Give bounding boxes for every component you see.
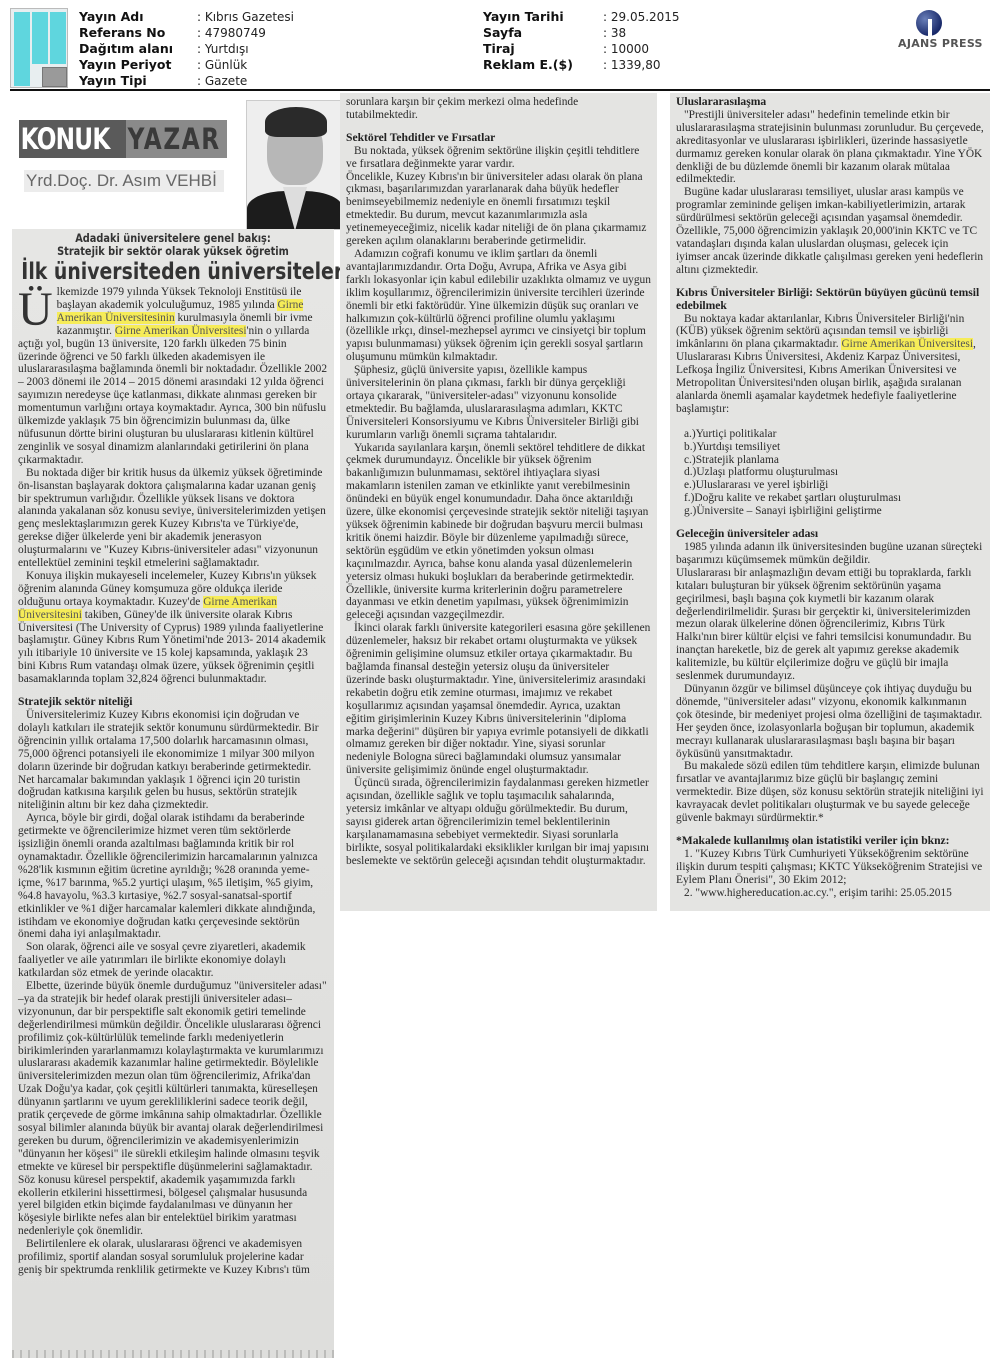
meta-value: : Günlük	[197, 57, 247, 73]
meta-row-yayin-adi: Yayın Adı: Kıbrıs Gazetesi	[79, 9, 294, 25]
list-item: d.)Uzlaşı platformu oluşturulması	[676, 466, 984, 479]
thumbnail-image-icon	[42, 67, 67, 87]
list-item: f.)Doğru kalite ve rekabet şartları oluş…	[676, 492, 984, 505]
ajans-press-logo: AJANS PRESS	[893, 8, 993, 50]
highlighted-term: Girne Amerikan Üniversitesi	[115, 325, 247, 337]
paragraph: sorunlara karşın bir çekim merkezi olma …	[346, 96, 651, 122]
paragraph: Adamızın coğrafi konumu ve iklim şartlar…	[346, 248, 651, 364]
meta-key: Sayfa	[483, 25, 603, 41]
meta-value: : 29.05.2015	[603, 9, 680, 25]
paragraph-intro: Ülkemizde 1979 yılında Yüksek Teknoloji …	[18, 286, 328, 467]
thumbnail-column	[14, 12, 30, 86]
konuk-yazar-banner: KONUK YAZAR	[19, 120, 227, 158]
meta-row-reklam: Reklam E.($): 1339,80	[483, 57, 680, 73]
article-column-2: sorunlara karşın bir çekim merkezi olma …	[340, 93, 657, 911]
meta-value: : Gazete	[197, 73, 247, 89]
drop-cap: Ü	[18, 290, 53, 330]
meta-key: Yayın Tarihi	[483, 9, 603, 25]
thumbnail-column	[50, 12, 66, 64]
section-heading: Sektörel Tehditler ve Fırsatlar	[346, 132, 651, 145]
references-heading: *Makalede kullanılmış olan istatistiki v…	[676, 835, 984, 848]
banner-yazar-box: YAZAR	[126, 120, 227, 158]
paragraph: Yukarıda sayılanlara karşın, önemli sekt…	[346, 442, 651, 623]
paragraph: Konuya ilişkin mukayeseli incelemeler, K…	[18, 570, 328, 686]
page-thumbnail[interactable]	[10, 8, 68, 88]
logo-text: AJANS PRESS	[898, 37, 983, 50]
list-item: a.)Yurtiçi politikalar	[676, 428, 984, 441]
paragraph: Belirtilenlere ek olarak, uluslararası ö…	[18, 1238, 328, 1277]
author-block: KONUK YAZAR Yrd.Doç. Dr. Asım VEHBİ	[12, 97, 334, 229]
meta-key: Yayın Periyot	[79, 57, 197, 73]
highlighted-term: Girne Amerikan Üniversitesi	[841, 338, 973, 350]
paragraph: Şüphesiz, güçlü üniversite yapısı, özell…	[346, 364, 651, 441]
publication-meta-right: Yayın Tarihi: 29.05.2015 Sayfa: 38 Tiraj…	[483, 9, 680, 73]
paragraph: Ayrıca, böyle bir girdi, doğal olarak is…	[18, 812, 328, 941]
paragraph: Bugüne kadar uluslararası temsiliyet, ul…	[676, 186, 984, 276]
header-divider	[10, 89, 990, 91]
paragraph: 1985 yılında adanın ilk üniversitesinden…	[676, 541, 984, 567]
globe-icon	[916, 10, 942, 36]
article-title: İlk üniversiteden üniversiteler adasına	[21, 258, 324, 286]
meta-row-sayfa: Sayfa: 38	[483, 25, 680, 41]
paragraph: Bu noktada, yüksek öğrenim sektörüne ili…	[346, 145, 651, 171]
meta-row-dagitim-alani: Dağıtım alanı: Yurtdışı	[79, 41, 294, 57]
author-name: Yrd.Doç. Dr. Asım VEHBİ	[24, 170, 224, 192]
meta-row-yayin-tipi: Yayın Tipi: Gazete	[79, 73, 294, 89]
article-column-1: Adadaki üniversitelere genel bakış: Stra…	[12, 229, 334, 1358]
article-column-3: Uluslararasılaşma "Prestijli üniversitel…	[670, 93, 990, 911]
paragraph: Bu noktada diğer bir kritik husus da ülk…	[18, 467, 328, 570]
clipping-header: Yayın Adı: Kıbrıs Gazetesi Referans No: …	[0, 0, 1000, 92]
paragraph: Üniversitelerimiz Kuzey Kıbrıs ekonomisi…	[18, 709, 328, 812]
reference-item: 1. "Kuzey Kıbrıs Türk Cumhuriyeti Yüksek…	[676, 848, 984, 887]
meta-row-yayin-tarihi: Yayın Tarihi: 29.05.2015	[483, 9, 680, 25]
paragraph: Uluslararası bir anlaşmazlığın devam ett…	[676, 567, 984, 683]
section-heading: Geleceğin üniversiteler adası	[676, 528, 984, 541]
meta-row-referans-no: Referans No: 47980749	[79, 25, 294, 41]
meta-key: Yayın Adı	[79, 9, 197, 25]
section-heading: Uluslararasılaşma	[676, 96, 984, 109]
meta-value: : 10000	[603, 41, 649, 57]
paragraph: Bu makalede sözü edilen tüm tehditlere k…	[676, 760, 984, 825]
text-run: 'nin o yıllarda açtığı yol, bugün 13 üni…	[18, 325, 327, 466]
author-photo	[246, 100, 342, 230]
meta-value: : 1339,80	[603, 57, 660, 73]
subheadline-2: Stratejik bir sektör olarak yüksek öğret…	[41, 245, 305, 258]
paragraph: İkinci olarak farklı üniversite kategori…	[346, 622, 651, 777]
paragraph: Üçüncü sırada, öğrencilerimizin faydalan…	[346, 777, 651, 867]
column-bottom-border	[12, 1350, 334, 1358]
meta-key: Reklam E.($)	[483, 57, 603, 73]
banner-konuk: KONUK	[19, 122, 110, 156]
meta-value: : Kıbrıs Gazetesi	[197, 9, 294, 25]
paragraph: Son olarak, öğrenci aile ve sosyal çevre…	[18, 941, 328, 980]
headline-block: Adadaki üniversitelere genel bakış: Stra…	[18, 232, 328, 286]
list-item: b.)Yurtdışı temsiliyet	[676, 441, 984, 454]
meta-key: Referans No	[79, 25, 197, 41]
paragraph: Öncelikle, Kuzey Kıbrıs'ın bir üniversit…	[346, 171, 651, 248]
photo-hair	[265, 107, 327, 137]
meta-key: Tiraj	[483, 41, 603, 57]
meta-row-tiraj: Tiraj: 10000	[483, 41, 680, 57]
section-heading: Stratejik sektör niteliği	[18, 696, 328, 709]
meta-row-yayin-periyot: Yayın Periyot: Günlük	[79, 57, 294, 73]
paragraph: Dünyanın özgür ve bilimsel düşünceye çok…	[676, 683, 984, 760]
list-item: c.)Stratejik planlama	[676, 454, 984, 467]
thumbnail-column	[32, 12, 48, 64]
list-item: e.)Uluslararası ve yerel işbirliği	[676, 479, 984, 492]
paragraph: Elbette, üzerinde büyük önemle durduğumu…	[18, 980, 328, 1238]
meta-value: : 47980749	[197, 25, 266, 41]
publication-meta-left: Yayın Adı: Kıbrıs Gazetesi Referans No: …	[79, 9, 294, 89]
meta-value: : 38	[603, 25, 626, 41]
section-heading: Kıbrıs Üniversiteler Birliği: Sektörün b…	[676, 287, 984, 313]
reference-item: 2. "www.highereducation.ac.cy.", erişim …	[676, 887, 984, 900]
paragraph: "Prestijli üniversiteler adası" hedefini…	[676, 109, 984, 186]
text-run: lkemizde 1979 yılında Yüksek Teknoloji E…	[57, 286, 302, 311]
meta-value: : Yurtdışı	[197, 41, 249, 57]
meta-key: Dağıtım alanı	[79, 41, 197, 57]
list-item: g.)Üniversite – Sanayi işbirliğini geliş…	[676, 505, 984, 518]
banner-yazar: YAZAR	[126, 120, 221, 158]
goals-list: a.)Yurtiçi politikalar b.)Yurtdışı temsi…	[676, 428, 984, 518]
paragraph: Bu noktaya kadar aktarılanlar, Kıbrıs Ün…	[676, 313, 984, 416]
meta-key: Yayın Tipi	[79, 73, 197, 89]
